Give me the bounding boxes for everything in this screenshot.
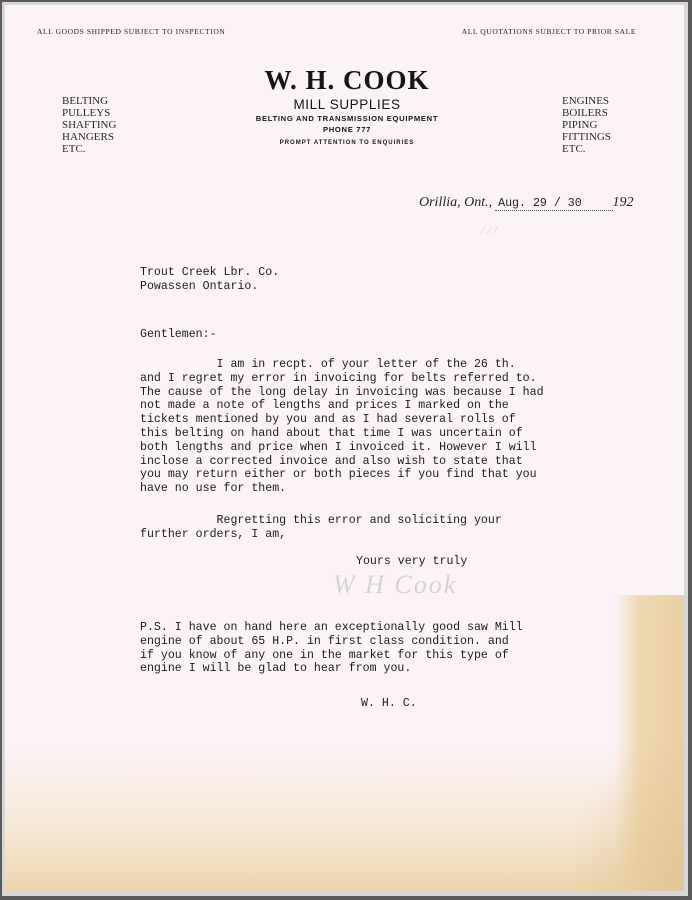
date-place: Orillia, Ont., (419, 195, 492, 210)
ps-line: P.S. I have on hand here an exceptionall… (140, 621, 523, 635)
body-line: inclose a corrected invoice and also wis… (140, 455, 544, 469)
initials: W. H. C. (361, 697, 417, 711)
product-item: ETC. (62, 143, 116, 155)
product-item: FITTINGS (562, 131, 611, 143)
business-type: MILL SUPPLIES (227, 97, 467, 113)
product-item: PULLEYS (62, 107, 116, 119)
tagline: PROMPT ATTENTION TO ENQUIRIES (227, 140, 467, 146)
left-product-list: BELTING PULLEYS SHAFTING HANGERS ETC. (62, 95, 116, 155)
date-month: Aug. (498, 197, 526, 210)
body-line: you may return either or both pieces if … (140, 468, 544, 482)
product-item: PIPING (562, 119, 611, 131)
recipient-name: Trout Creek Lbr. Co. (140, 266, 279, 280)
dateline: Orillia, Ont., Aug. 29 / 30 192 (419, 195, 634, 211)
date-month-day: Aug. 29 / 30 (495, 197, 612, 211)
body-line: I am in recpt. of your letter of the 26 … (140, 358, 544, 372)
prior-sale-notice: ALL QUOTATIONS SUBJECT TO PRIOR SALE (462, 27, 636, 36)
letter-body: I am in recpt. of your letter of the 26 … (140, 358, 544, 496)
date-day: 29 (533, 197, 547, 210)
complimentary-close: Yours very truly (356, 555, 467, 569)
date-year-prefix: 192 (613, 195, 634, 210)
closing-paragraph: Regretting this error and soliciting you… (140, 514, 502, 542)
date-year-suffix: 30 (568, 197, 582, 210)
body-line: tickets mentioned by you and as I had se… (140, 413, 544, 427)
inspection-notice: ALL GOODS SHIPPED SUBJECT TO INSPECTION (37, 27, 225, 36)
age-stain-corner (564, 731, 684, 891)
right-product-list: ENGINES BOILERS PIPING FITTINGS ETC. (562, 95, 611, 155)
closing-line: Regretting this error and soliciting you… (140, 514, 502, 528)
product-item: SHAFTING (62, 119, 116, 131)
phone-number: PHONE 777 (227, 124, 467, 135)
body-line: and I regret my error in invoicing for b… (140, 372, 544, 386)
salutation: Gentlemen:- (140, 328, 217, 342)
image-frame: ALL GOODS SHIPPED SUBJECT TO INSPECTION … (2, 2, 688, 896)
product-item: BOILERS (562, 107, 611, 119)
business-description: BELTING AND TRANSMISSION EQUIPMENT (227, 113, 467, 124)
letter-paper: ALL GOODS SHIPPED SUBJECT TO INSPECTION … (5, 5, 684, 891)
product-item: HANGERS (62, 131, 116, 143)
closing-line: further orders, I am, (140, 528, 502, 542)
body-line: The cause of the long delay in invoicing… (140, 386, 544, 400)
date-separator: / (554, 197, 561, 210)
company-name: W. H. COOK (227, 65, 467, 95)
product-item: ETC. (562, 143, 611, 155)
recipient-location: Powassen Ontario. (140, 280, 279, 294)
handwritten-signature: W H Cook (333, 570, 457, 600)
pencil-marks: / / / (481, 223, 497, 238)
body-line: have no use for them. (140, 482, 544, 496)
ps-line: engine of about 65 H.P. in first class c… (140, 635, 523, 649)
body-line: this belting on hand about that time I w… (140, 427, 544, 441)
ps-line: engine I will be glad to hear from you. (140, 662, 523, 676)
body-line: not made a note of lengths and prices I … (140, 399, 544, 413)
product-item: BELTING (62, 95, 116, 107)
product-item: ENGINES (562, 95, 611, 107)
body-line: both lengths and price when I invoiced i… (140, 441, 544, 455)
ps-line: if you know of any one in the market for… (140, 649, 523, 663)
letterhead: W. H. COOK MILL SUPPLIES BELTING AND TRA… (227, 65, 467, 146)
postscript: P.S. I have on hand here an exceptionall… (140, 621, 523, 676)
recipient-address: Trout Creek Lbr. Co.Powassen Ontario. (140, 266, 279, 294)
